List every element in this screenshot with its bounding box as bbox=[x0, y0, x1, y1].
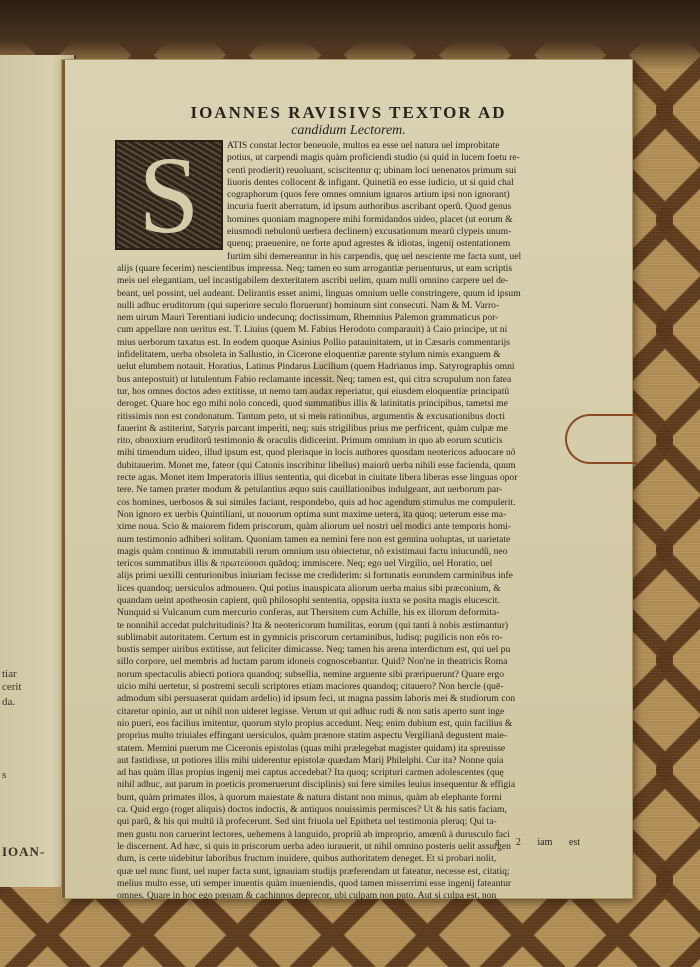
text-line: magis quàm continuo & immutabili rerum o… bbox=[117, 546, 589, 558]
text-line: norum spectaculis abiecti potiora quando… bbox=[117, 669, 589, 681]
left-page-catchword: IOAN- bbox=[2, 845, 45, 858]
text-line: Non ignoro ex uerbis Quintiliani, ut nou… bbox=[117, 509, 589, 521]
signature-mark: a 2 bbox=[495, 837, 521, 848]
text-line: nem uirum Mauri Terentiani iudicio undec… bbox=[117, 312, 589, 324]
text-line: uicio mihi uertetur, si postremi seculi … bbox=[117, 681, 589, 693]
text-line: sillo corpore, uel membris ad luctam par… bbox=[117, 656, 589, 668]
text-line: tur, hos omnes doctos adeo extitisse, ut… bbox=[117, 386, 589, 398]
book-page: IOANNES RAVISIVS TEXTOR AD candidum Lect… bbox=[62, 60, 632, 898]
bookmark-clip bbox=[565, 414, 637, 464]
text-line: fauerint & astiterint, Satyris parcant i… bbox=[117, 423, 589, 435]
text-line: citaretur opinio, aut ut nihil non uider… bbox=[117, 706, 589, 718]
text-line: potius, ut carpendi magis quàm proficien… bbox=[117, 152, 589, 164]
text-line: tericos summatibus illis & πρωτεύουσι qu… bbox=[117, 558, 589, 570]
left-page-fragment: da. bbox=[2, 696, 15, 709]
text-line: nihil adhuc, aut parum in poeticis prome… bbox=[117, 779, 589, 791]
text-line: uelut elumbem notauit. Horatius, Latinus… bbox=[117, 361, 589, 373]
text-line: omnes. Quare in hoc ego pœnam & cachinno… bbox=[117, 890, 589, 902]
left-page-fragment: cerit bbox=[2, 681, 22, 694]
page-heading: IOANNES RAVISIVS TEXTOR AD bbox=[65, 103, 632, 123]
text-line: statem. Memini puerum me Ciceronis epist… bbox=[117, 743, 589, 755]
text-line: bustis semper uiribus extitisse, aut fel… bbox=[117, 644, 589, 656]
text-line: eiusmodi nebulonũ uerbera declinem) excu… bbox=[117, 226, 589, 238]
text-line: liuoris dentes collocent & infigant. Qui… bbox=[117, 177, 589, 189]
text-line: bus antepostuit) ut lutulentum Fabio rec… bbox=[117, 374, 589, 386]
text-line: sublimabit autoritatem. Certum est in gy… bbox=[117, 632, 589, 644]
text-line: ad has quàm illas propius ingenij mei ca… bbox=[117, 767, 589, 779]
text-line: ca. Quid ergo (roget aliquis) doctos ind… bbox=[117, 804, 589, 816]
text-line: ritissimis non est condonatum. Tantum pe… bbox=[117, 411, 589, 423]
text-line: ATIS constat lector beneuole, multos ea … bbox=[117, 140, 589, 152]
catchword: iam est bbox=[537, 837, 580, 848]
text-line: qui parũ, & his qui multũ iã profecerunt… bbox=[117, 816, 589, 828]
text-line: cum appellare non ueritus est. T. Liuius… bbox=[117, 324, 589, 336]
text-line: incuria fuerit aberratum, id ipsum autho… bbox=[117, 201, 589, 213]
text-line: quæ uel nunc fiunt, uel nuper facta sunt… bbox=[117, 866, 589, 878]
text-line: dum, is certe uidebitur laboribus fructu… bbox=[117, 853, 589, 865]
signature-and-catchword: a 2 iam est bbox=[495, 837, 580, 848]
text-line: alijs primi uexilli centurionibus iniuri… bbox=[117, 570, 589, 582]
text-line: bunt, quàm primates illos, à quorum maie… bbox=[117, 792, 589, 804]
text-line: cos homines, uerbosos & sui similes faci… bbox=[117, 497, 589, 509]
text-line: aut fastidisse, ut potiores illis mihi u… bbox=[117, 755, 589, 767]
text-line: nio pueri, eos facilius imitentur, quoru… bbox=[117, 718, 589, 730]
text-line: te nonnihil accedat pulchritudinis? Ita … bbox=[117, 620, 589, 632]
text-line: xime noua. Scio & maiorem fidem priscoru… bbox=[117, 521, 589, 533]
text-line: beant, uel possint, uel audeant. Deliran… bbox=[117, 288, 589, 300]
text-line: Nunquid si Vulcanum cum mercurio confera… bbox=[117, 607, 589, 619]
text-line: infidelitatem, uerba obsoleta in Sallust… bbox=[117, 349, 589, 361]
text-line: proprius multo triuiales effingant uersi… bbox=[117, 730, 589, 742]
text-line: mius uerborum taxatus est. In eodem quoq… bbox=[117, 337, 589, 349]
text-line: homines quoniam magnopere mihi formidand… bbox=[117, 214, 589, 226]
text-line: centi prodierit) reuoluant, sciscitentur… bbox=[117, 165, 589, 177]
text-line: melius multo esse, uti semper inuentis q… bbox=[117, 878, 589, 890]
text-line: dubitauerim. Monet me, fateor (qui Caton… bbox=[117, 460, 589, 472]
body-text: ATIS constat lector beneuole, multos ea … bbox=[117, 140, 589, 902]
text-line: tere. Ne tamen præter modum & petulantiu… bbox=[117, 484, 589, 496]
text-line: lices quandoq; uersiculos admouero. Qui … bbox=[117, 583, 589, 595]
text-line: nulli adhuc eruditorum (qui superiore se… bbox=[117, 300, 589, 312]
text-line: cographorum (quos fere omnes omnium igna… bbox=[117, 189, 589, 201]
left-page-fragment: s bbox=[2, 769, 6, 782]
text-line: admodum sibi persuaserat quidam ardelio)… bbox=[117, 693, 589, 705]
text-line: recte agas. Monet item Imperatoris illiu… bbox=[117, 472, 589, 484]
text-line: meis uel elegantiam, uel incastigabilem … bbox=[117, 275, 589, 287]
text-line: quandam ueint apotheosin capient, quũ ph… bbox=[117, 595, 589, 607]
text-line: deroget. Quare hoc ego mihi nolo concedi… bbox=[117, 398, 589, 410]
text-line: quenq; praeuenire, ne forte apud agreste… bbox=[117, 238, 589, 250]
text-line: mihi timendum uideo, illud ipsum est, qu… bbox=[117, 447, 589, 459]
text-line: furtim sibi demereantur in his carpendis… bbox=[117, 251, 589, 263]
text-line: rito, obnoxium eruditorũ testimonio & or… bbox=[117, 435, 589, 447]
left-page-fragment: tiar bbox=[2, 668, 17, 681]
text-line: num testimonio adhiberi solitam. Quoniam… bbox=[117, 534, 589, 546]
text-line: alijs (quare fecerim) nescientibus impre… bbox=[117, 263, 589, 275]
